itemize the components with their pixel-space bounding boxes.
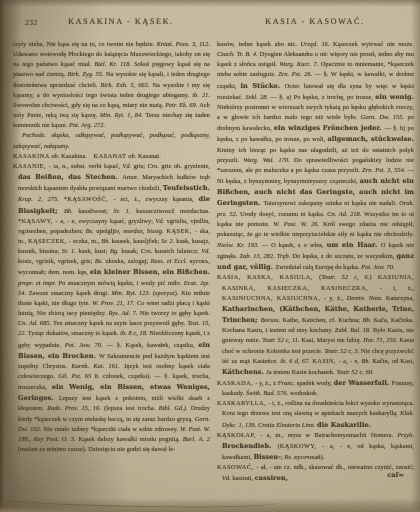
text-segment: - y, ż., xyxy=(324,295,347,302)
dictionary-paragraph: rzyły nieba, Nie kąsa się na to, co twoi… xyxy=(13,40,210,131)
dictionary-paragraph: KASIA, KASKA, KASIULA, (Teatr. 52 c, 6.)… xyxy=(217,273,414,378)
bottom-edge-shadow xyxy=(0,498,420,512)
text-segment: ). Dziesięciu nie godzi się dawał le- xyxy=(83,446,176,453)
text-segment: Sekl. 28. xyxy=(245,94,270,101)
text-segment: Teatr. 52 c, 3. xyxy=(324,348,361,355)
text-segment: ukoska, zalogaj; xyxy=(105,258,150,265)
text-segment: Nieśw. Kr. 193. xyxy=(217,242,262,249)
text-segment: ujedgljiv, xyxy=(96,228,123,235)
text-segment: Kačin, od Kasi, xyxy=(372,358,414,365)
text-segment: Kąsek dalszy kawałki miodu pogniią. xyxy=(79,436,183,443)
text-segment: Przyb. xyxy=(397,432,414,439)
text-segment: KASKARYLLA, xyxy=(217,400,268,407)
text-segment: - a, m., mysz w Batrachomyomachii Homera… xyxy=(260,432,397,439)
text-segment: Birk. Exh. 5, 663. xyxy=(100,82,152,89)
text-segment: Vd. xyxy=(155,218,166,225)
text-segment: Ja iestem Kasin kochanek. xyxy=(266,369,336,376)
text-segment: Nie tworzy to gęby kąsek. xyxy=(140,310,210,317)
running-title-right: KASIA - KASOWAĆ. xyxy=(216,17,414,26)
text-segment: Petr. Ek. 69. xyxy=(165,102,199,109)
text-segment: Bh. xyxy=(361,358,372,365)
text-segment: ib. 8 c, 18. xyxy=(120,330,149,337)
text-segment: kussich falatecz; xyxy=(155,248,201,255)
text-segment: ein wenig. xyxy=(375,93,414,101)
text-segment: Min. Ryt. 1, 84. xyxy=(100,112,146,119)
text-segment: Zawsze smaczny kąsek drogi. xyxy=(29,290,112,297)
text-segment: Min. Ryt. 123. xyxy=(112,290,153,297)
text-segment: Radz. Prov. 15, 16. xyxy=(47,405,104,412)
running-title-left: KASAKINA - KĄSEK. xyxy=(34,17,208,26)
text-segment: ) xyxy=(370,274,378,281)
dictionary-paragraph: KASOWAĆ, - ał, - uie cz. ndk., skasować … xyxy=(217,463,414,484)
text-segment: kosiz, vgrisik, vgrisek, gris; xyxy=(18,258,95,265)
text-segment: kasirati, xyxy=(232,475,254,482)
text-segment: Cn. Ad. 685. xyxy=(18,320,53,327)
text-segment: Tatarzynowi zakopany sztuka ni kąska nie… xyxy=(264,200,399,207)
text-segment: Pot. Jow. 70. xyxy=(361,264,394,271)
text-segment: Franc. xyxy=(278,380,297,387)
text-segment: Demin. Nom. xyxy=(347,295,386,302)
text-segment: KASIA, KASKA, KASIULA, xyxy=(217,274,319,281)
text-segment: kusak; xyxy=(121,248,140,255)
text-segment: Kasi, Marysi nie lubię. xyxy=(301,337,363,344)
text-segment: Kazanat. xyxy=(138,153,161,160)
text-segment: W. Post. W. 26. xyxy=(273,221,323,228)
text-segment: ib. 21. xyxy=(192,92,210,99)
text-segment: wodoskok. xyxy=(290,390,318,397)
text-segment: Krup. 2, 275. xyxy=(18,196,64,203)
text-segment: Käthchens. xyxy=(222,368,266,376)
text-segment: Bh. xyxy=(101,238,112,245)
text-segment: Rys. Ad. 7. xyxy=(108,310,139,317)
text-segment: malum ex minimo causa xyxy=(20,446,83,453)
text-segment: KASANAT xyxy=(94,153,129,160)
text-segment: Gorn. Dw. 155. xyxy=(361,114,408,121)
dictionary-paragraph: KASKARYLLA, - i, ż., roślina na dwadzieś… xyxy=(217,399,414,430)
text-segment: Zab. 13, 282. Tręb. xyxy=(239,253,292,260)
text-segment: Bg. xyxy=(110,248,121,255)
text-segment: KĄSECZEK, xyxy=(28,238,69,245)
text-segment: Russ. et Eccl. xyxy=(151,258,190,265)
text-segment: Hor. 71, 256. xyxy=(363,337,399,344)
catchword: caſ= xyxy=(387,471,404,479)
text-segment: KASANIE, xyxy=(13,163,49,170)
book-scan-page: 232 KASAKINA - KĄSEK. KASIA - KASOWAĆ. r… xyxy=(0,0,420,512)
text-segment: Zrn. Pst. 26. xyxy=(278,71,315,78)
text-segment: ein kleiner Bissen, ein Bißchen. xyxy=(90,268,210,276)
text-segment: Biel. Kr. 118. xyxy=(94,61,134,68)
text-segment: Bh. xyxy=(64,208,78,215)
text-segment: Vd. xyxy=(222,475,232,482)
text-segment: Czach. Tr. B. 4. xyxy=(217,51,260,58)
text-segment: Gil. Pst. 65 b. xyxy=(58,373,103,380)
text-segment: griz ob. gryzienie, xyxy=(161,163,210,170)
text-segment: die Kaskarille. xyxy=(317,421,371,429)
text-segment: Zrn. Pst. 3, 554. xyxy=(362,167,407,174)
text-segment: Vd. xyxy=(122,163,133,170)
text-segment: Teufelsstich. xyxy=(163,184,210,192)
text-segment: Warg. Wal. 170. xyxy=(243,157,294,164)
text-segment: kuszacziwoscž mordacitas. xyxy=(136,208,210,215)
text-segment: das Beißen, das Stechen. xyxy=(18,173,122,181)
text-segment: Birk. Zyg. 55. xyxy=(67,71,105,78)
text-segment: Sr. 1. xyxy=(62,248,79,255)
text-segment: — §. Kąsek, kawałek, cząstka, xyxy=(107,342,199,349)
column-left: rzyły nieba, Nie kąsa się na to, co twoi… xyxy=(13,40,210,455)
text-segment: Teatr 52 c, 60. xyxy=(336,369,373,376)
text-segment: Sr. 2. xyxy=(161,238,176,245)
text-segment: KĄSKOŁAP, xyxy=(217,432,260,439)
text-segment: allgemach, stückweise. xyxy=(327,135,414,143)
text-segment: Świtk. Bud. 576. xyxy=(246,390,290,397)
text-segment: KASAKINA xyxy=(13,153,51,160)
text-segment: — O kąsek, z o włos, xyxy=(262,242,327,249)
text-segment: kausliwost; xyxy=(78,208,113,215)
text-segment: — §. a) Po kęsku, z trochę, po trosze, xyxy=(270,94,375,101)
text-segment: Burl. A. 2 xyxy=(183,436,210,443)
text-segment: Rs. xyxy=(284,454,294,461)
text-segment: Sr. 1. xyxy=(113,208,136,215)
top-edge-shadow xyxy=(0,0,420,7)
text-segment: *KĄSAWOŚĆ, xyxy=(64,196,114,203)
text-segment: - eczka, m., xyxy=(69,238,101,245)
text-segment: Ten smaczny kąsek na szyie lasce przyswo… xyxy=(53,320,187,327)
text-segment: - a, - e, zwyczayny kąsać, gryzliwy; xyxy=(56,218,156,225)
text-segment: propr. et impr. xyxy=(18,280,58,287)
text-segment: Bs. xyxy=(86,228,97,235)
text-segment: KĄSEK, xyxy=(166,228,195,235)
text-segment: Urody dosyć, rozumu ni kąska. xyxy=(240,211,327,218)
text-segment: cassiren, xyxy=(255,474,288,482)
text-segment: W. Prov. 21, 17. xyxy=(92,300,137,307)
text-segment: - ia, n., subst. verbi kąsać, xyxy=(49,163,123,170)
text-segment: Boruss. xyxy=(261,317,283,324)
text-segment: kausek, kausljček; xyxy=(112,238,161,245)
text-segment: Urzęd. 16. xyxy=(301,41,334,48)
text-segment: - y, ż., z xyxy=(255,380,277,387)
text-segment: KASKADA, xyxy=(217,380,255,387)
text-segment: - a, - e, xyxy=(339,358,362,365)
text-segment: KASINIUCHNA, KASIUCHNA, xyxy=(222,295,324,302)
text-segment: *KĄSAWY, xyxy=(18,218,56,225)
dictionary-paragraph: KĄSKOŁAP, - a, m., mysz w Batrachomyomac… xyxy=(217,431,414,463)
text-segment: Tysiąc dukatów, smaczny to kąsek. xyxy=(28,330,120,337)
text-segment: Pot. Jow. 70. xyxy=(65,342,107,349)
text-segment: Bh. xyxy=(363,317,374,324)
text-segment: Crotia Eleuteria Linn. xyxy=(258,422,317,429)
text-segment: ob. xyxy=(51,153,61,160)
text-segment: kusów, iedno kąsek abo nic. xyxy=(217,41,301,48)
text-segment: ib. 6 d, 67. xyxy=(280,358,312,365)
text-segment: mordax, bissig. xyxy=(123,228,166,235)
text-segment: Bibl. Gd.). xyxy=(159,405,191,412)
text-segment: Swowolne chciwości, gdy się na co kąsą, … xyxy=(13,102,165,109)
column-right: kusów, iedno kąsek abo nic. Urzęd. 16. K… xyxy=(217,40,414,485)
text-segment: Katarzyna, xyxy=(386,295,414,302)
text-segment: Bissen- xyxy=(254,453,281,461)
text-segment: Cn. Ad. 218. xyxy=(327,211,364,218)
text-segment: (lepsza iest trocha. xyxy=(104,405,159,412)
dictionary-paragraph: KASANIE, - ia, n., subst. verbi kąsać, V… xyxy=(13,162,210,455)
text-segment: Kathe, Katichen, cf. Kuchna; xyxy=(283,317,363,324)
text-segment: кусочный). xyxy=(294,454,324,461)
text-segment: KASIN, xyxy=(312,358,338,365)
text-segment: Kazakina. xyxy=(61,153,93,160)
text-segment: Warg. Kurc. 7. xyxy=(279,61,320,68)
dictionary-paragraph: KASKADA, - y, ż., z Franc. spadek wody, … xyxy=(217,378,414,399)
text-segment: Teatr. 52 c, 6. xyxy=(321,274,369,281)
dictionary-paragraph: Pochodz. skąska, odkąsywać, podkąsywać, … xyxy=(13,131,210,151)
text-segment: Teatr 52 c, 11. xyxy=(262,337,301,344)
text-segment: - i, ż., xyxy=(380,285,414,292)
dictionary-paragraph: KASAKINA ob. Kazakina. KASANAT ob. Kazan… xyxy=(13,152,210,162)
text-segment: Zabł. Bal. 18. xyxy=(335,327,373,334)
text-segment: kusk, kusi; xyxy=(78,248,110,255)
text-segment: gris; xyxy=(134,163,148,170)
text-segment: Pot. Arg. 272. xyxy=(69,122,105,129)
text-segment: Po smacznym mówią kęsku, i wody pić miło… xyxy=(58,280,183,287)
text-segment: Karnk. Kat. 161. xyxy=(71,363,124,370)
text-segment: Vd. xyxy=(201,248,210,255)
text-segment: Do kęska, z do szczętu, ze wszystkim, xyxy=(292,253,396,260)
text-segment: KASOWAĆ, xyxy=(217,464,256,471)
text-segment: in Stücke. xyxy=(240,82,284,90)
text-segment: Bs. xyxy=(95,258,106,265)
text-segment: Cro. xyxy=(148,163,162,170)
text-segment: ob. xyxy=(128,153,138,160)
dictionary-paragraph: kusów, iedno kąsek abo nic. Urzęd. 16. K… xyxy=(217,40,414,273)
text-segment: KĄSKOWY, xyxy=(280,443,323,450)
text-segment: der Wasserfall. xyxy=(334,379,392,387)
text-segment: Pochodz. xyxy=(22,132,51,139)
text-segment: Cro. xyxy=(141,248,155,255)
text-segment: - ści, ż., zwyczay kąsania, xyxy=(113,196,198,203)
text-segment: Kniaź. Poez. 3, 112. xyxy=(157,41,210,48)
text-segment: Kąseczek wytrwać nie może. xyxy=(333,41,414,48)
text-segment: Nie miało iedney *kąseczki ciała w sobie… xyxy=(43,426,180,433)
text-segment: spadek wody, xyxy=(297,380,334,387)
text-segment: Brockendieb. xyxy=(222,442,278,450)
text-segment: ein winziges Frönchen jeder. xyxy=(274,124,385,132)
text-segment: Zwiedział całą Europę do kąska. xyxy=(275,264,361,271)
text-segment: um ein Haar. xyxy=(327,241,381,249)
text-segment: rzyły nieba, Nie kąsa się na to, co twoi… xyxy=(13,41,157,48)
